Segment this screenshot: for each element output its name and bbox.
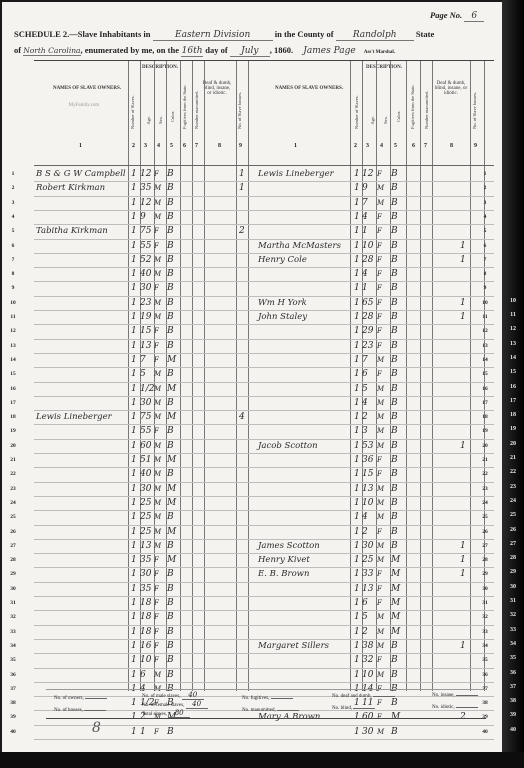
- header-rule: [34, 165, 254, 166]
- slave-age: 1/2: [140, 383, 154, 395]
- slave-sex: M: [154, 440, 161, 452]
- slave-sex: M: [377, 497, 384, 509]
- row-number: 12: [8, 328, 18, 334]
- row-rule: [254, 582, 494, 583]
- row-number: 11: [480, 314, 490, 320]
- row-rule: [254, 367, 494, 368]
- adjacent-row-number: 16: [506, 384, 520, 394]
- slave-age: 30: [140, 282, 151, 294]
- slave-houses: 1: [460, 240, 466, 252]
- slave-color: B: [391, 311, 398, 323]
- slave-sex: F: [377, 454, 382, 466]
- slave-age: 4: [362, 397, 368, 409]
- slave-sex: M: [154, 254, 161, 266]
- slave-age: 51: [140, 454, 151, 466]
- slave-age: 2: [362, 626, 368, 638]
- row-number: 34: [480, 643, 490, 649]
- slave-color: B: [167, 340, 174, 352]
- slave-age: 52: [140, 254, 151, 266]
- slave-count: 1: [354, 640, 360, 652]
- slave-color: B: [167, 640, 174, 652]
- slave-color: B: [167, 282, 174, 294]
- slave-sex: F: [154, 554, 159, 566]
- slave-sex: M: [377, 425, 384, 437]
- row-number: 29: [8, 571, 18, 577]
- row-rule: [254, 267, 494, 268]
- slave-age: 6: [362, 597, 368, 609]
- slave-count: 1: [354, 325, 360, 337]
- houses-count: [84, 710, 106, 711]
- slave-age: 55: [140, 425, 151, 437]
- slave-age: 16: [140, 640, 151, 652]
- slave-color: B: [167, 268, 174, 280]
- row-number: 25: [8, 514, 18, 520]
- owner-name: Henry Cole: [258, 254, 307, 266]
- slave-sex: M: [154, 197, 161, 209]
- owners-count: [85, 698, 107, 699]
- slave-count: 1: [131, 597, 137, 609]
- slave-color: B: [391, 182, 398, 194]
- column-number: 8: [450, 143, 453, 149]
- column-number: 9: [239, 143, 242, 149]
- slave-count: 1: [354, 669, 360, 681]
- row-number: 21: [8, 457, 18, 463]
- slave-age: 40: [140, 268, 151, 280]
- slave-age: 18: [140, 597, 151, 609]
- row-number: 39: [8, 714, 18, 720]
- row-number: 33: [480, 629, 490, 635]
- adjacent-row-number: 22: [506, 469, 520, 479]
- slave-count: 1: [131, 669, 137, 681]
- column-number: 5: [170, 143, 173, 149]
- slave-age: 25: [362, 554, 373, 566]
- slave-age: 13: [362, 583, 373, 595]
- row-number: 28: [480, 557, 490, 563]
- owner-name: E. B. Brown: [258, 568, 309, 580]
- slave-color: B: [167, 397, 174, 409]
- state-field: North Carolina: [23, 46, 80, 56]
- slave-color: B: [167, 568, 174, 580]
- row-number: 32: [8, 614, 18, 620]
- slave-houses: 1: [460, 540, 466, 552]
- row-number: 27: [480, 543, 490, 549]
- owner-name: B S & G W Campbell: [36, 168, 126, 180]
- slave-sex: F: [154, 568, 159, 580]
- row-number: 28: [8, 557, 18, 563]
- slave-count: 1: [131, 583, 137, 595]
- census-page: Page No. 6 SCHEDULE 2.—Slave Inhabitants…: [2, 2, 502, 752]
- slave-count: 1: [354, 383, 360, 395]
- row-number: 17: [8, 400, 18, 406]
- slave-age: 75: [140, 225, 151, 237]
- slave-count: 1: [354, 726, 360, 738]
- column-number: 2: [354, 143, 357, 149]
- slave-sex: F: [154, 354, 159, 366]
- female-slaves-count: 40: [186, 700, 208, 709]
- row-rule: [254, 668, 494, 669]
- slave-count: 1: [354, 197, 360, 209]
- column-number: 8: [218, 143, 221, 149]
- slave-sex: F: [377, 282, 382, 294]
- slave-color: B: [167, 611, 174, 623]
- slave-color: M: [167, 354, 176, 366]
- adjacent-row-number: 34: [506, 641, 520, 651]
- adjacent-row-number: 26: [506, 527, 520, 537]
- slave-count: 1: [131, 211, 137, 223]
- slave-count: 1: [131, 182, 137, 194]
- state-label: State: [416, 29, 434, 39]
- row-rule: [254, 410, 494, 411]
- county-label: in the County of: [275, 29, 334, 39]
- slave-count: 1: [354, 211, 360, 223]
- row-number: 25: [480, 514, 490, 520]
- slave-count: 1: [354, 411, 360, 423]
- row-number: 35: [480, 657, 490, 663]
- slave-color: B: [391, 483, 398, 495]
- slave-color: B: [167, 597, 174, 609]
- slave-count: 1: [354, 368, 360, 380]
- slave-count: 1: [131, 168, 137, 180]
- row-number: 38: [8, 700, 18, 706]
- row-number: 32: [480, 614, 490, 620]
- slave-count: 1: [131, 383, 137, 395]
- slave-count: 1: [354, 282, 360, 294]
- row-number: 5: [8, 228, 18, 234]
- row-number: 4: [8, 214, 18, 220]
- slave-count: 1: [354, 254, 360, 266]
- slave-color: B: [391, 669, 398, 681]
- adjacent-row-number: 15: [506, 369, 520, 379]
- row-number: 7: [480, 257, 490, 263]
- slave-sex: M: [377, 669, 384, 681]
- row-number: 13: [480, 343, 490, 349]
- slave-sex: F: [154, 626, 159, 638]
- slave-age: 2: [362, 526, 368, 538]
- slave-color: B: [391, 425, 398, 437]
- row-number: 12: [480, 328, 490, 334]
- row-rule: [254, 482, 494, 483]
- slave-count: 1: [354, 583, 360, 595]
- row-number: 6: [480, 243, 490, 249]
- slave-color: B: [167, 654, 174, 666]
- row-rule: [254, 739, 494, 740]
- slave-sex: F: [377, 468, 382, 480]
- slave-age: 13: [362, 483, 373, 495]
- page-number-label: Page No. 6: [430, 10, 484, 22]
- slave-age: 7: [362, 354, 368, 366]
- scan-border: [0, 752, 524, 768]
- adjacent-row-number: 18: [506, 412, 520, 422]
- slave-color: B: [167, 311, 174, 323]
- slave-count: 1: [131, 368, 137, 380]
- slave-age: 53: [362, 440, 373, 452]
- slave-color: M: [167, 554, 176, 566]
- owners-column-header: NAMES OF SLAVE OWNERS.: [264, 86, 354, 91]
- slave-sex: F: [377, 225, 382, 237]
- slave-age: 12: [140, 168, 151, 180]
- slave-count: 1: [354, 168, 360, 180]
- slave-color: B: [167, 197, 174, 209]
- row-number: 36: [480, 672, 490, 678]
- slave-count: 1: [131, 626, 137, 638]
- slave-sex: M: [154, 297, 161, 309]
- row-rule: [254, 281, 494, 282]
- slave-sex: F: [377, 268, 382, 280]
- slave-age: 25: [140, 526, 151, 538]
- slave-sex: M: [377, 197, 384, 209]
- slave-count: 1: [354, 626, 360, 638]
- owner-name: James Scotton: [258, 540, 320, 552]
- row-number: 19: [8, 428, 18, 434]
- slave-count: 1: [354, 225, 360, 237]
- slave-houses: 1: [239, 168, 245, 180]
- row-number: 24: [480, 500, 490, 506]
- slave-count: 1: [131, 497, 137, 509]
- slave-sex: M: [377, 397, 384, 409]
- slave-count: 1: [131, 640, 137, 652]
- row-number: 10: [8, 300, 18, 306]
- slave-sex: F: [154, 325, 159, 337]
- slave-count: 1: [131, 268, 137, 280]
- slave-count: 1: [131, 526, 137, 538]
- owner-name: Lewis Lineberger: [36, 411, 112, 423]
- slave-color: B: [391, 497, 398, 509]
- slave-color: B: [391, 282, 398, 294]
- slave-sex: F: [154, 654, 159, 666]
- row-number: 3: [480, 200, 490, 206]
- slave-color: B: [391, 640, 398, 652]
- slave-sex: M: [377, 440, 384, 452]
- slave-color: B: [167, 726, 174, 738]
- slave-age: 12: [362, 168, 373, 180]
- slave-age: 4: [362, 511, 368, 523]
- slave-age: 36: [362, 454, 373, 466]
- slave-color: B: [167, 368, 174, 380]
- slave-age: 3: [362, 425, 368, 437]
- row-number: 15: [480, 371, 490, 377]
- row-number: 33: [8, 629, 18, 635]
- slave-sex: F: [377, 568, 382, 580]
- row-rule: [254, 653, 494, 654]
- owner-name: Lewis Lineberger: [258, 168, 334, 180]
- slave-color: B: [391, 340, 398, 352]
- column-number: 2: [132, 143, 135, 149]
- slave-count: 1: [131, 325, 137, 337]
- column-number: 3: [144, 143, 147, 149]
- column-number: 1: [294, 143, 297, 149]
- slave-age: 30: [362, 726, 373, 738]
- slave-age: 15: [362, 468, 373, 480]
- row-rule: [254, 224, 494, 225]
- slave-age: 5: [362, 383, 368, 395]
- adjacent-row-number: 33: [506, 627, 520, 637]
- slave-age: 1: [362, 282, 368, 294]
- row-number: 2: [8, 185, 18, 191]
- row-number: 6: [8, 243, 18, 249]
- slave-age: 4: [362, 211, 368, 223]
- adjacent-row-number: 14: [506, 355, 520, 365]
- adjacent-row-number: 31: [506, 598, 520, 608]
- row-rule: [254, 596, 494, 597]
- slave-sex: F: [154, 168, 159, 180]
- slave-count: 1: [354, 240, 360, 252]
- slave-sex: M: [377, 554, 384, 566]
- slave-color: B: [391, 526, 398, 538]
- slave-houses: 1: [460, 640, 466, 652]
- month-field: July: [230, 46, 270, 57]
- slave-age: 13: [140, 540, 151, 552]
- slave-age: 9: [362, 182, 368, 194]
- row-number: 4: [480, 214, 490, 220]
- slave-count: 1: [354, 397, 360, 409]
- row-number: 27: [8, 543, 18, 549]
- slave-color: B: [391, 454, 398, 466]
- division-field: Eastern Division: [153, 30, 273, 41]
- total-slaves-count: 80: [168, 709, 190, 718]
- row-number: 16: [480, 386, 490, 392]
- slave-count: 1: [354, 554, 360, 566]
- row-number: 1: [8, 171, 18, 177]
- slave-sex: M: [377, 483, 384, 495]
- slave-color: M: [167, 497, 176, 509]
- row-number: 34: [8, 643, 18, 649]
- slave-color: M: [391, 597, 400, 609]
- slave-count: 1: [354, 526, 360, 538]
- slave-color: B: [391, 168, 398, 180]
- slave-count: 1: [354, 483, 360, 495]
- slave-age: 30: [140, 483, 151, 495]
- slave-color: B: [167, 297, 174, 309]
- row-number: 40: [480, 729, 490, 735]
- row-rule: [254, 382, 494, 383]
- slave-age: 23: [362, 340, 373, 352]
- slave-color: B: [391, 297, 398, 309]
- slave-sex: F: [377, 297, 382, 309]
- slave-sex: F: [154, 340, 159, 352]
- row-number: 22: [8, 471, 18, 477]
- row-rule: [254, 396, 494, 397]
- slave-count: 1: [131, 311, 137, 323]
- slave-color: B: [391, 397, 398, 409]
- owner-name: Henry Kivet: [258, 554, 310, 566]
- slave-color: B: [167, 425, 174, 437]
- slave-color: B: [167, 211, 174, 223]
- row-rule: [254, 339, 494, 340]
- slave-sex: F: [154, 583, 159, 595]
- row-number: 30: [8, 586, 18, 592]
- slave-age: 35: [140, 583, 151, 595]
- row-rule: [254, 682, 494, 683]
- slave-color: B: [391, 540, 398, 552]
- slave-count: 1: [131, 240, 137, 252]
- row-number: 26: [480, 529, 490, 535]
- row-rule: [254, 625, 494, 626]
- slave-age: 1: [362, 225, 368, 237]
- slave-color: M: [391, 554, 400, 566]
- slave-count: 1: [131, 554, 137, 566]
- slave-sex: F: [377, 583, 382, 595]
- slave-sex: M: [377, 540, 384, 552]
- pencil-mark: 8: [92, 720, 101, 736]
- adjacent-row-number: 36: [506, 670, 520, 680]
- slave-sex: M: [154, 454, 161, 466]
- slave-count: 1: [354, 611, 360, 623]
- row-number: 18: [480, 414, 490, 420]
- slave-color: B: [391, 368, 398, 380]
- slave-count: 1: [354, 311, 360, 323]
- slave-age: 10: [362, 497, 373, 509]
- slave-sex: F: [377, 654, 382, 666]
- slave-color: M: [167, 411, 176, 423]
- slave-count: 1: [354, 297, 360, 309]
- row-number: 35: [8, 657, 18, 663]
- slave-sex: M: [377, 511, 384, 523]
- slave-sex: F: [154, 282, 159, 294]
- slave-sex: F: [377, 368, 382, 380]
- slave-sex: M: [154, 540, 161, 552]
- row-number: 23: [8, 486, 18, 492]
- slave-color: B: [167, 468, 174, 480]
- slave-sex: M: [154, 397, 161, 409]
- row-number: 14: [8, 357, 18, 363]
- slave-count: 1: [131, 468, 137, 480]
- slave-age: 35: [140, 182, 151, 194]
- slave-age: 15: [140, 325, 151, 337]
- day-field: 16th: [181, 46, 203, 57]
- slave-age: 2: [362, 411, 368, 423]
- slave-sex: F: [377, 240, 382, 252]
- slave-color: B: [391, 268, 398, 280]
- county-field: Randolph: [336, 30, 414, 41]
- slave-houses: 1: [460, 440, 466, 452]
- slave-houses: 1: [460, 297, 466, 309]
- slave-age: 29: [362, 325, 373, 337]
- row-rule: [254, 210, 494, 211]
- slave-count: 1: [131, 340, 137, 352]
- schedule-title: SCHEDULE 2.—Slave Inhabitants in Eastern…: [14, 29, 434, 41]
- left-table: NAMES OF SLAVE OWNERS. MyFamily.com Numb…: [34, 60, 254, 691]
- slave-color: B: [391, 440, 398, 452]
- adjacent-row-number: 19: [506, 426, 520, 436]
- owner-name: Robert Kirkman: [36, 182, 105, 194]
- slave-count: 1: [131, 225, 137, 237]
- slave-sex: M: [377, 626, 384, 638]
- slave-sex: M: [154, 268, 161, 280]
- slave-color: B: [391, 240, 398, 252]
- row-number: 20: [480, 443, 490, 449]
- slave-age: 7: [140, 354, 146, 366]
- row-number: 11: [8, 314, 18, 320]
- slave-color: M: [167, 483, 176, 495]
- row-number: 29: [480, 571, 490, 577]
- slave-count: 1: [131, 354, 137, 366]
- adjacent-row-number: 21: [506, 455, 520, 465]
- slave-sex: M: [154, 669, 161, 681]
- row-number: 1: [480, 171, 490, 177]
- slave-sex: F: [154, 240, 159, 252]
- row-rule: [254, 610, 494, 611]
- adjacent-row-number: 39: [506, 712, 520, 722]
- slave-count: 1: [131, 483, 137, 495]
- slave-age: 1: [140, 726, 146, 738]
- slave-color: B: [391, 511, 398, 523]
- slave-color: B: [391, 254, 398, 266]
- slave-age: 35: [140, 554, 151, 566]
- owner-name: Margaret Sillers: [258, 640, 329, 652]
- row-rule: [254, 496, 494, 497]
- slave-sex: M: [377, 411, 384, 423]
- slave-sex: M: [154, 511, 161, 523]
